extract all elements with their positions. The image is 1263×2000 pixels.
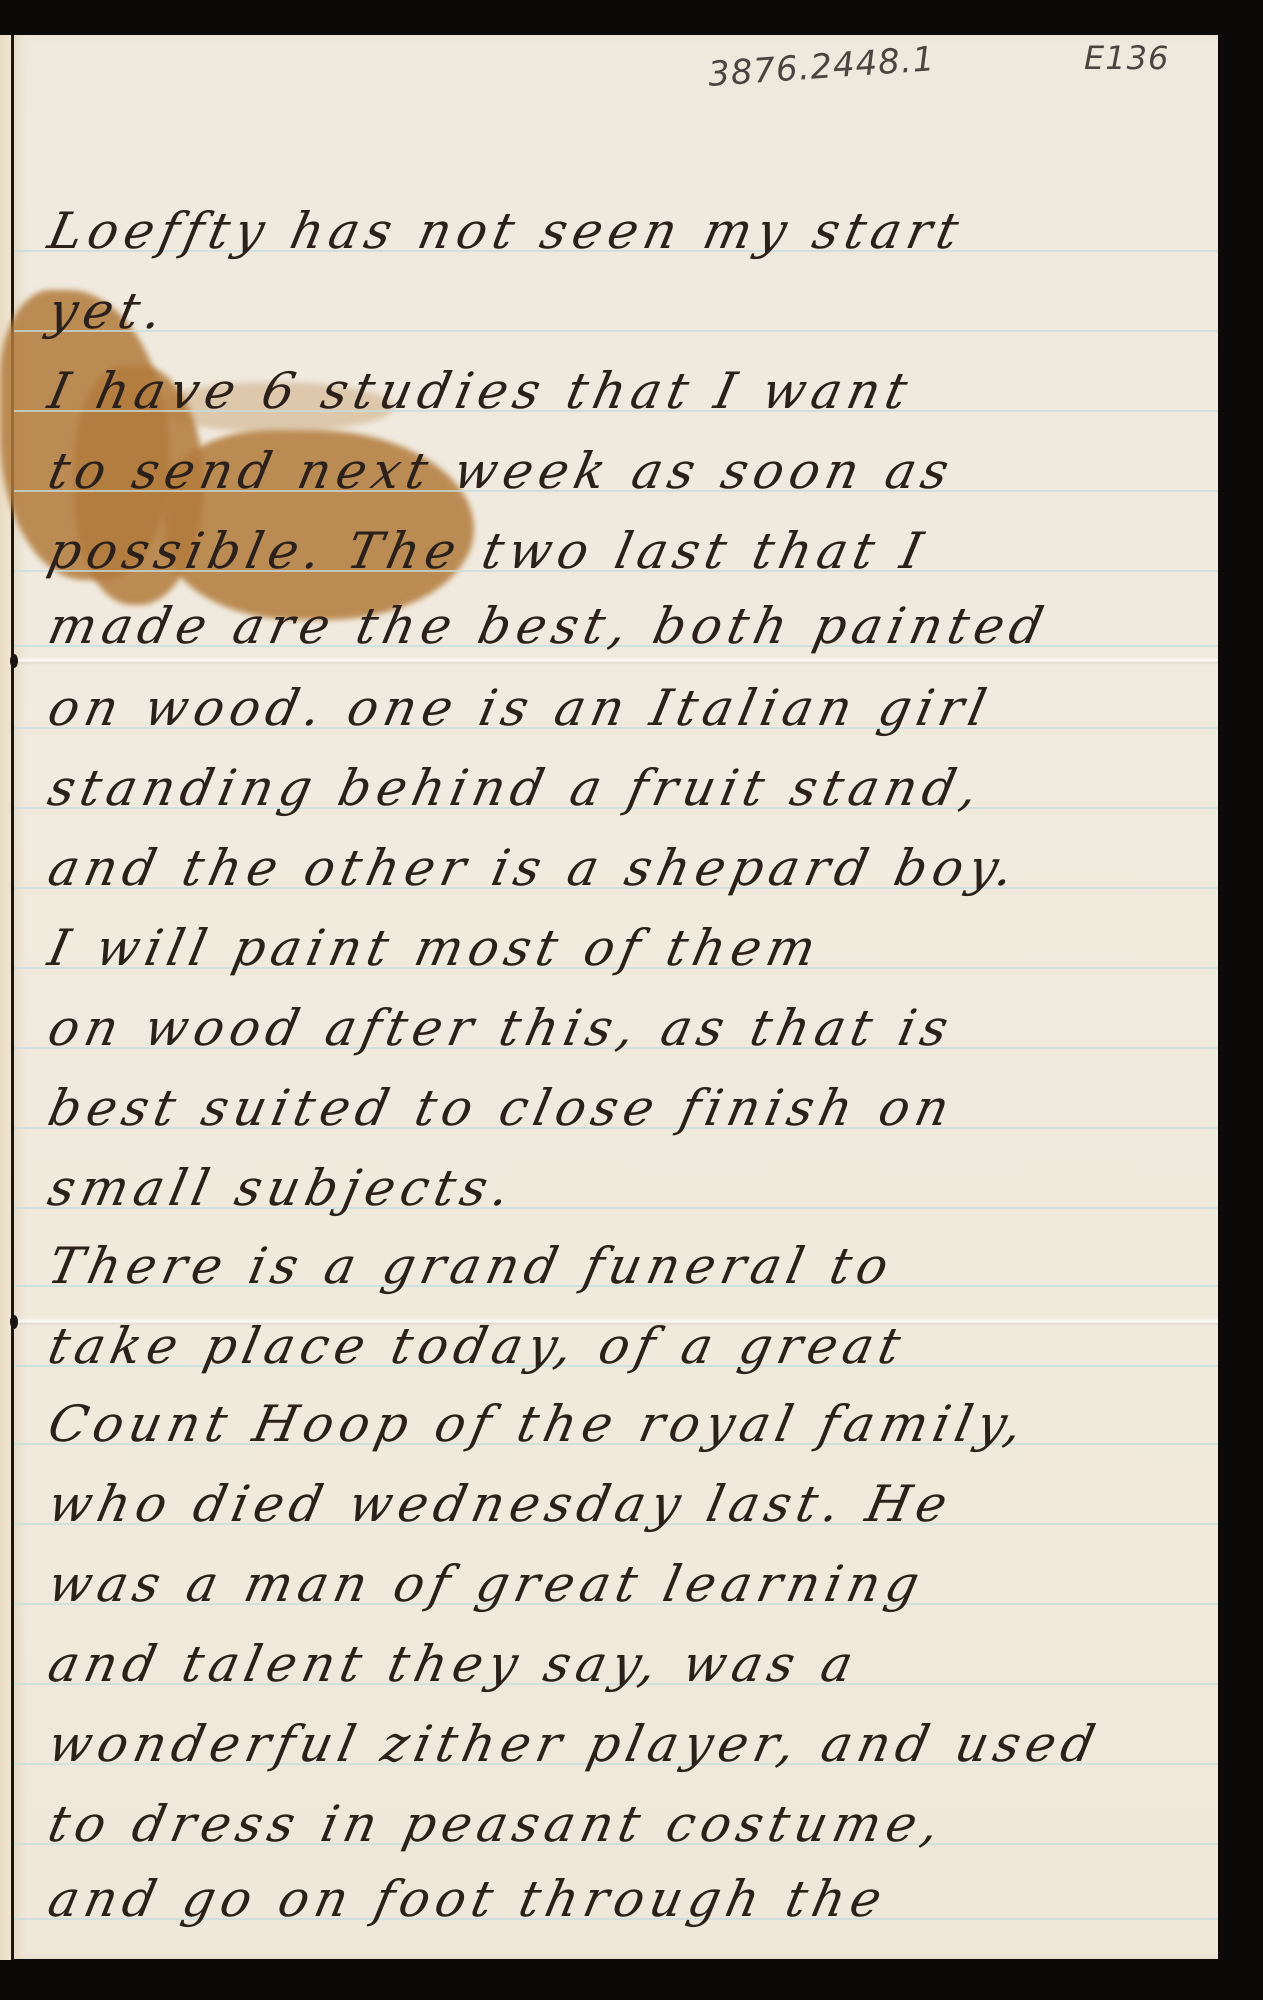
handwritten-line: wonderful zither player, and used <box>44 1719 1105 1769</box>
page-code: E136 <box>1084 39 1169 77</box>
handwritten-line: and go on foot through the <box>44 1874 892 1924</box>
letter-page: 3876.2448.1 E136 Loeffty has not seen my… <box>14 35 1218 1959</box>
handwritten-line: and the other is a shepard boy. <box>44 843 1024 893</box>
handwritten-line: made are the best, both painted <box>44 601 1053 651</box>
handwritten-line: Loeffty has not seen my start <box>44 206 969 256</box>
handwritten-line: Count Hoop of the royal family, <box>44 1399 1033 1449</box>
handwritten-line: to send next week as soon as <box>44 446 959 496</box>
fold-crease <box>14 657 1218 665</box>
handwritten-line: standing behind a fruit stand, <box>44 763 988 813</box>
handwritten-line: best suited to close finish on <box>44 1083 959 1133</box>
handwritten-line: was a man of great learning <box>44 1559 929 1609</box>
handwritten-line: on wood after this, as that is <box>44 1003 958 1053</box>
handwritten-line: I will paint most of them <box>44 923 826 973</box>
ruled-line <box>14 330 1218 332</box>
handwritten-line: on wood. one is an Italian girl <box>44 683 996 733</box>
handwritten-line: I have 6 studies that I want <box>44 366 917 416</box>
handwritten-line: yet. <box>44 286 172 336</box>
handwritten-line: to dress in peasant costume, <box>44 1799 950 1849</box>
handwritten-line: There is a grand funeral to <box>44 1241 899 1291</box>
handwritten-line: possible. The two last that I <box>44 526 933 576</box>
handwritten-line: small subjects. <box>44 1163 520 1213</box>
handwritten-line: take place today, of a great <box>44 1321 911 1371</box>
handwritten-line: and talent they say, was a <box>44 1639 863 1689</box>
catalog-number: 3876.2448.1 <box>707 39 937 95</box>
handwritten-line: who died wednesday last. He <box>44 1479 957 1529</box>
